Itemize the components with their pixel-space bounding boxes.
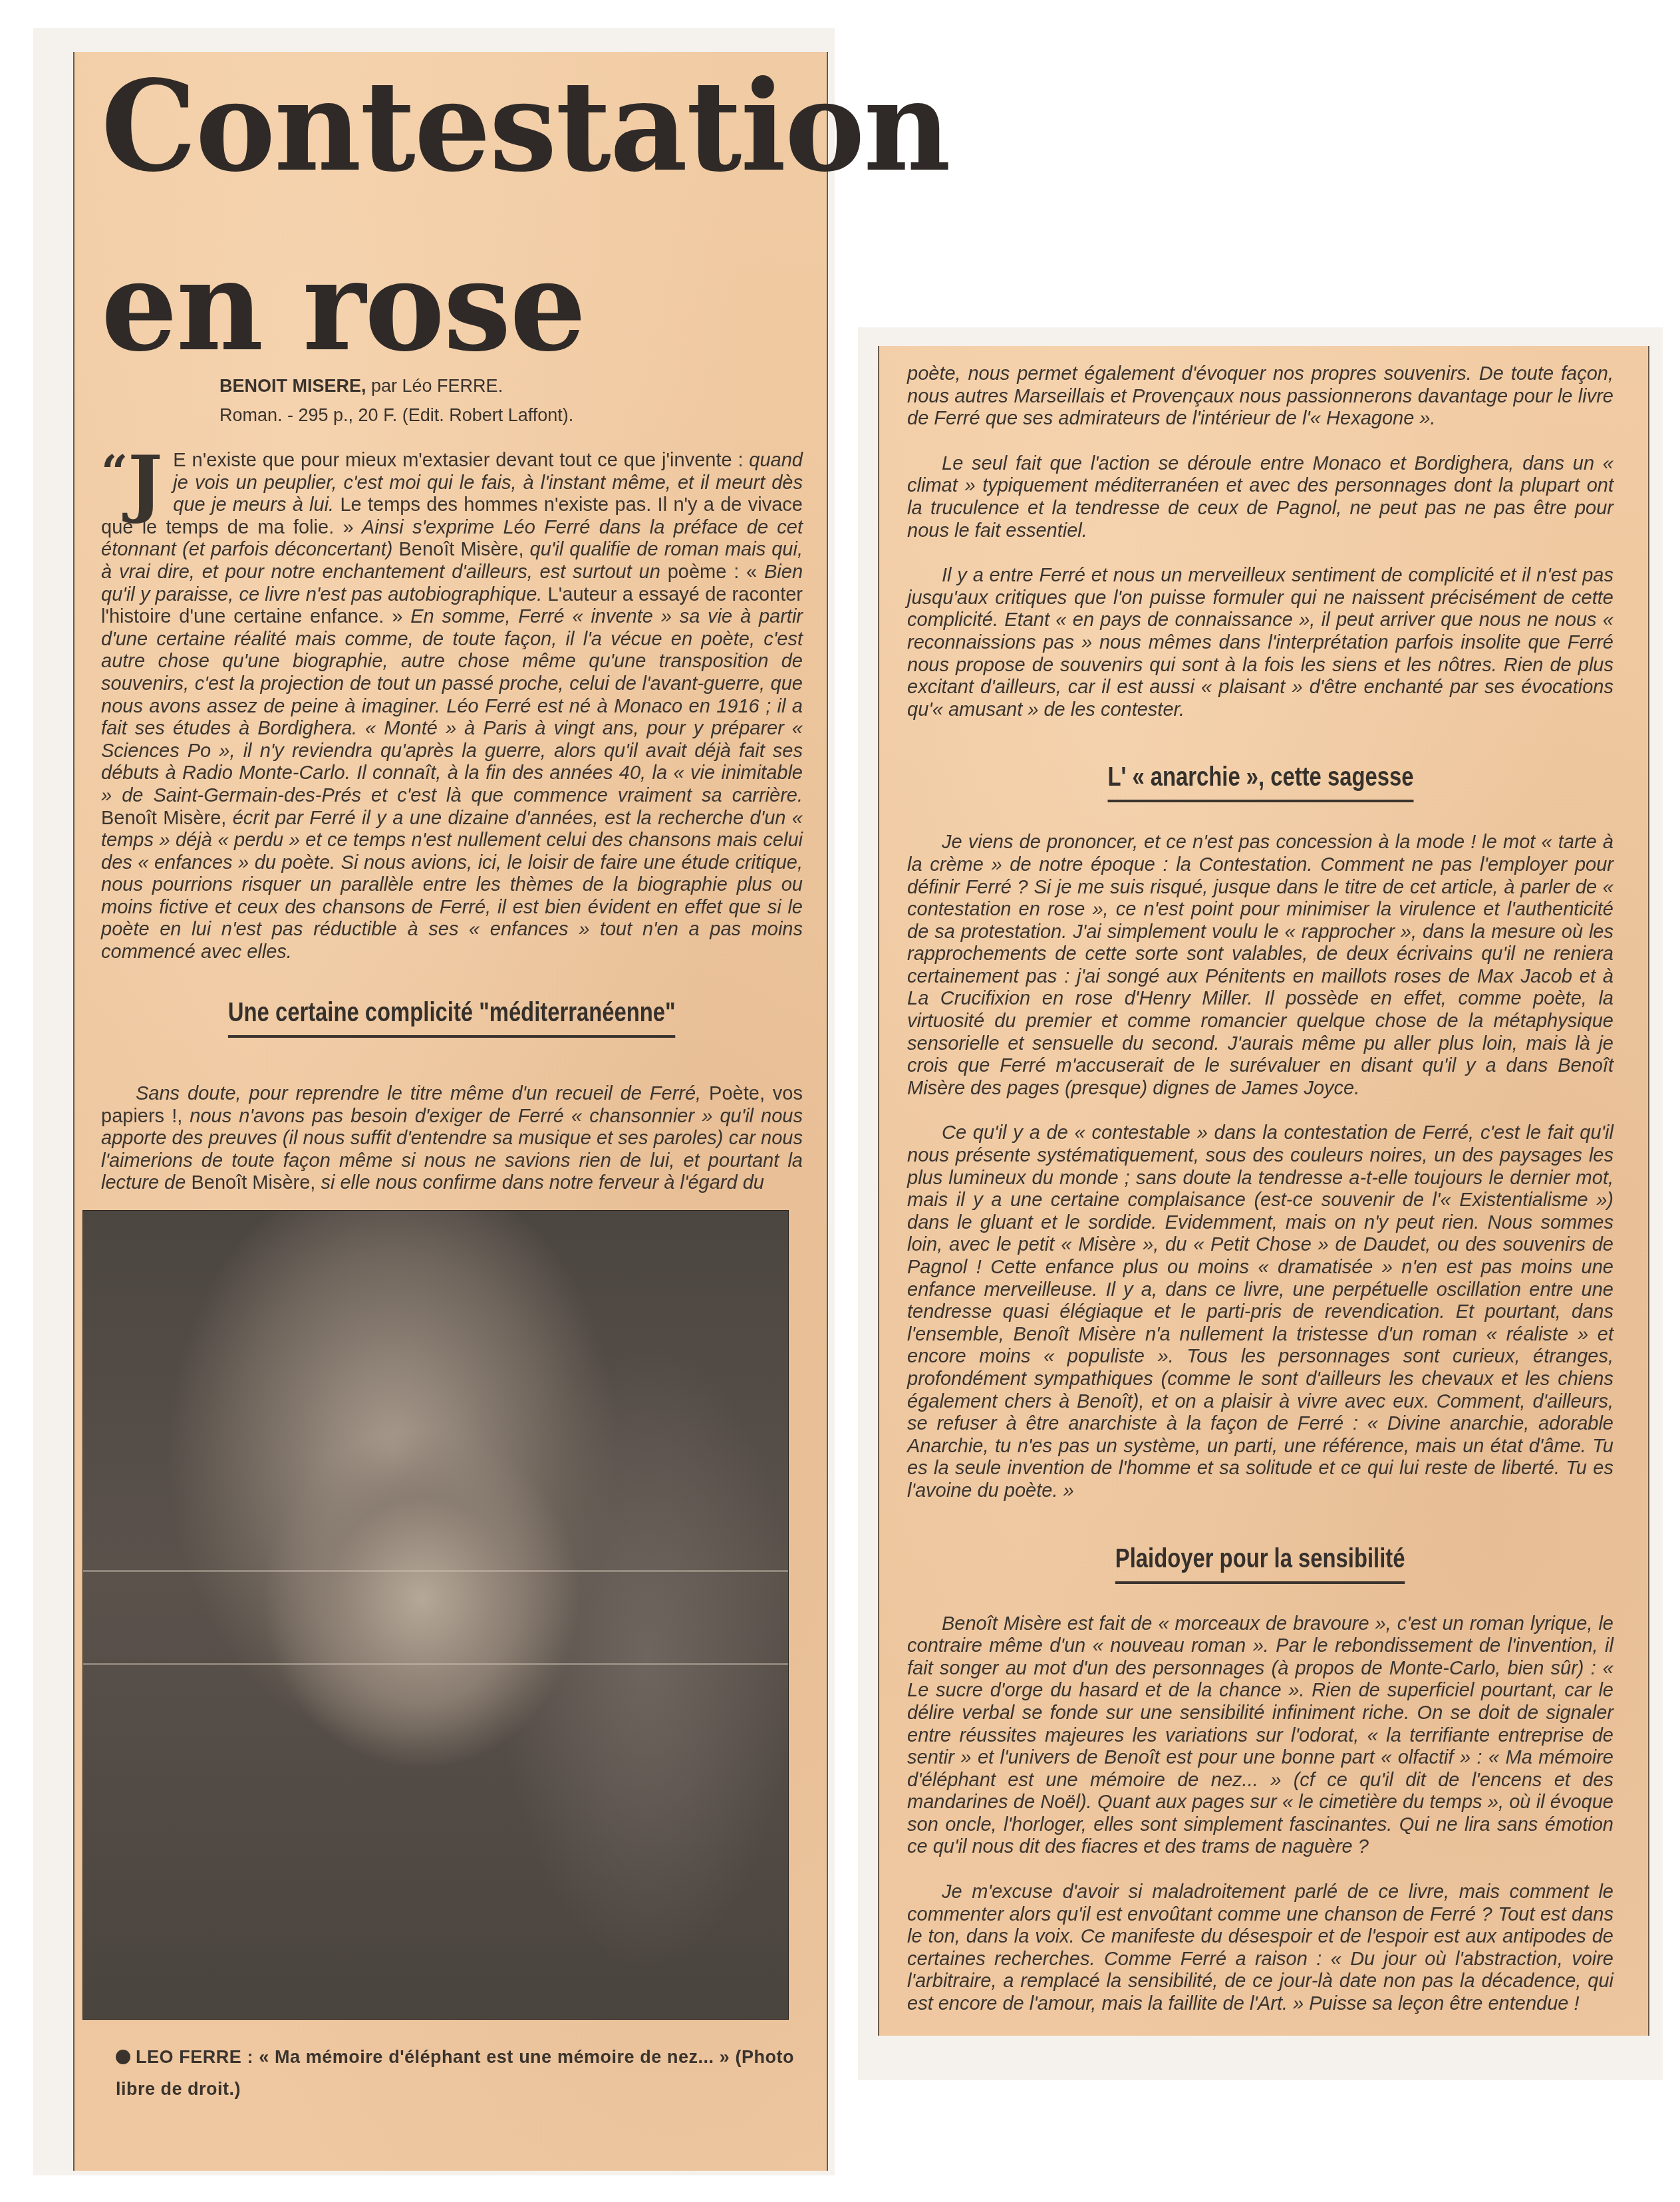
book-mention: Benoît Misère,	[191, 1172, 315, 1193]
spacer	[907, 1100, 1613, 1122]
spacer	[907, 430, 1613, 453]
right-column-text: poète, nous permet également d'évoquer n…	[907, 363, 1613, 2016]
subheading-plea-for-sensitivity: Plaidoyer pour la sensibilité	[1115, 1541, 1405, 1584]
paragraph-contestable: Ce qu'il y a de « contestable » dans la …	[907, 1122, 1613, 1502]
paragraph-conclusion: Je m'excuse d'avoir si maladroitement pa…	[907, 1881, 1613, 2016]
dropcap-letter: J	[128, 440, 162, 526]
dropcap-quote: “	[101, 444, 128, 500]
text-run: écrit par Ferré il y a une dizaine d'ann…	[101, 808, 803, 963]
intro-paragraph: “J E n'existe que pour mieux m'extasier …	[101, 450, 803, 964]
subheading-2-wrapper: L' « anarchie », cette sagesse	[907, 760, 1613, 802]
book-mention: Benoît Misère,	[101, 808, 226, 829]
subheading-1-wrapper: Une certaine complicité "méditerranéenne…	[74, 995, 829, 1038]
paragraph-complicity: Il y a entre Ferré et nous un merveilleu…	[907, 565, 1613, 721]
text-run: Sans doute, pour reprendre le titre même…	[136, 1083, 709, 1104]
photo-caption: LEO FERRE : « Ma mémoire d'éléphant est …	[116, 2041, 794, 2105]
section1-text: Sans doute, pour reprendre le titre même…	[101, 1083, 803, 1195]
paragraph-bravoure: Benoît Misère est fait de « morceaux de …	[907, 1613, 1613, 1859]
headline-line-2: en rose	[101, 241, 791, 371]
text-run: Ce qu'il y a de « contestable » dans la …	[907, 1122, 1613, 1501]
text-run: poète, nous permet également d'évoquer n…	[907, 363, 1613, 429]
book-author: par Léo FERRE.	[371, 376, 503, 396]
photo-crease	[83, 1663, 788, 1665]
caption-name: LEO FERRE :	[136, 2047, 253, 2067]
book-title: BENOIT MISERE,	[219, 376, 366, 396]
intro-text: E n'existe que pour mieux m'extasier dev…	[101, 450, 803, 964]
bullet-icon	[116, 2050, 130, 2064]
paragraph-monaco-bordighera: Le seul fait que l'action se déroule ent…	[907, 453, 1613, 542]
spacer	[907, 1859, 1613, 1881]
subheading-anarchy-wisdom: L' « anarchie », cette sagesse	[1107, 760, 1413, 802]
continued-paragraph: poète, nous permet également d'évoquer n…	[907, 363, 1613, 430]
paragraph-contestation: Je viens de prononcer, et ce n'est pas c…	[907, 832, 1613, 1100]
subheading-3-wrapper: Plaidoyer pour la sensibilité	[907, 1541, 1613, 1584]
section1-paragraph: Sans doute, pour reprendre le titre même…	[101, 1083, 803, 1195]
text-run: Je viens de prononcer, et ce n'est pas c…	[907, 832, 1613, 1099]
text-run: E n'existe que pour mieux m'extasier dev…	[173, 450, 749, 471]
text-run: Je m'excuse d'avoir si maladroitement pa…	[907, 1881, 1613, 2014]
text-run: si elle nous confirme dans notre ferveur…	[315, 1172, 764, 1193]
book-info: BENOIT MISERE, par Léo FERRE. Roman. - 2…	[219, 371, 752, 430]
text-run: Le seul fait que l'action se déroule ent…	[907, 453, 1613, 542]
spacer	[907, 542, 1613, 565]
text-run: En somme, Ferré « invente » sa vie à par…	[101, 606, 803, 806]
portrait-photo-leo-ferre	[82, 1210, 789, 2020]
newspaper-clipping-right: poète, nous permet également d'évoquer n…	[878, 346, 1649, 2036]
photo-crease	[83, 1570, 788, 1572]
headline: Contestation en rose	[101, 61, 791, 371]
newspaper-clipping-left: Contestation en rose BENOIT MISERE, par …	[73, 52, 828, 2171]
subheading-mediterranean-complicity: Une certaine complicité "méditerranéenne…	[228, 995, 676, 1038]
dropcap: “J	[101, 452, 162, 514]
text-run: Benoît Misère est fait de « morceaux de …	[907, 1613, 1613, 1858]
headline-line-1: Contestation	[101, 61, 791, 192]
book-mention: Benoît Misère,	[398, 539, 523, 560]
text-run: Il y a entre Ferré et nous un merveilleu…	[907, 565, 1613, 720]
text-run: poème : «	[668, 561, 764, 583]
book-details: Roman. - 295 p., 20 F. (Edit. Robert Laf…	[219, 400, 752, 430]
book-title-line: BENOIT MISERE, par Léo FERRE.	[219, 371, 752, 400]
